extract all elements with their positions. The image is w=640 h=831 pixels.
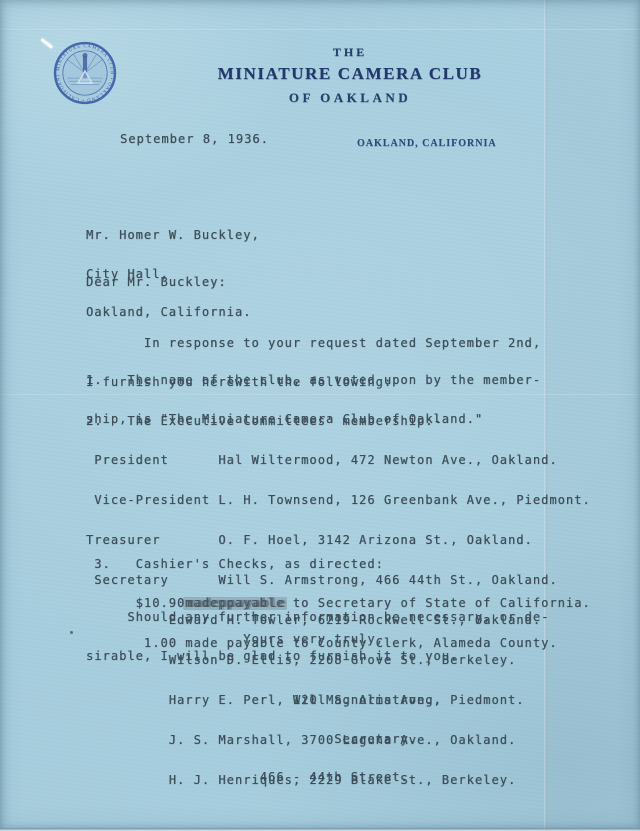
complimentary-close: Yours very truly, xyxy=(86,633,384,646)
letterhead: THE MINIATURE CAMERA CLUB OF OAKLAND xyxy=(170,45,530,106)
letterhead-place-line: OAKLAND, CALIFORNIA xyxy=(357,138,497,149)
paper-scratch-mark xyxy=(41,38,54,49)
letter-page: MINIATURE CAMERA CLUB • OAKLAND • CALIFO… xyxy=(0,0,640,831)
seal-svg: MINIATURE CAMERA CLUB • OAKLAND • CALIFO… xyxy=(53,41,117,105)
recipient-line: Mr. Homer W. Buckley, xyxy=(86,229,260,242)
signature-title: Secretary. xyxy=(86,733,442,746)
paragraph-line: sirable, I will be glad to furnish it to… xyxy=(86,650,549,663)
signature-block: Will S. Armstrong, Secretary. 466 - 44th… xyxy=(86,668,442,810)
paragraph-line: 1. The name of the club, as voted upon b… xyxy=(86,374,541,387)
checks-heading-line: 3. Cashier's Checks, as directed: xyxy=(86,558,591,571)
ink-speck xyxy=(70,631,73,634)
letterhead-club-name: MINIATURE CAMERA CLUB xyxy=(170,64,530,84)
club-seal-icon: MINIATURE CAMERA CLUB • OAKLAND • CALIFO… xyxy=(53,41,117,105)
letterhead-of-oakland: OF OAKLAND xyxy=(170,90,530,106)
signature-name: Will S. Armstrong, xyxy=(86,694,442,707)
membership-line: Vice-President L. H. Townsend, 126 Green… xyxy=(86,494,591,507)
letterhead-line-the: THE xyxy=(170,45,530,60)
horizontal-crease-top xyxy=(0,29,640,31)
membership-line: 2. The Executive Committees' membership:… xyxy=(86,415,591,428)
membership-line: President Hal Wiltermood, 472 Newton Ave… xyxy=(86,454,591,467)
salutation: Dear Mr. Buckley: xyxy=(86,276,227,289)
signature-address: 466 - 44th Street. xyxy=(86,771,442,784)
paragraph-line: Should any further information be necess… xyxy=(86,611,549,624)
date-line: September 8, 1936. xyxy=(120,133,269,146)
